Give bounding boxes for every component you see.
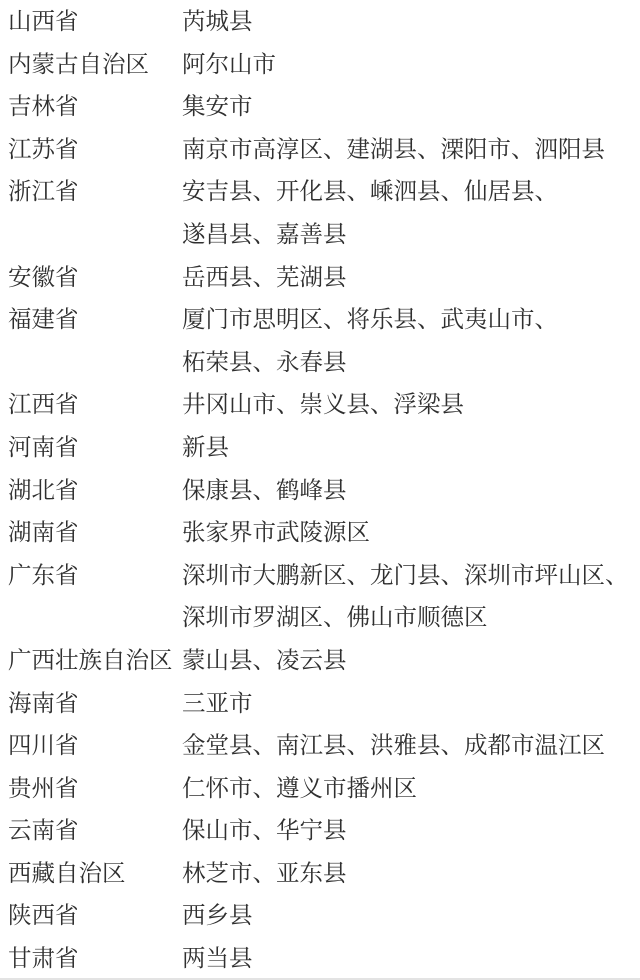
- province-cell: 河南省: [0, 426, 182, 469]
- table-row: 云南省 保山市、华宁县: [0, 809, 640, 852]
- table-row: 安徽省 岳西县、芜湖县: [0, 256, 640, 299]
- table-row: 江苏省 南京市高淳区、建湖县、溧阳市、泗阳县: [0, 128, 640, 171]
- regions-cell: 金堂县、南江县、洪雅县、成都市温江区: [182, 724, 640, 767]
- table-row: 福建省 厦门市思明区、将乐县、武夷山市、 柘荣县、永春县: [0, 298, 640, 383]
- table-row: 甘肃省 两当县: [0, 937, 640, 980]
- regions-cell: 井冈山市、崇义县、浮梁县: [182, 383, 640, 426]
- regions-cell: 新县: [182, 426, 640, 469]
- table-row: 山西省 芮城县: [0, 0, 640, 43]
- table-row: 湖北省 保康县、鹤峰县: [0, 469, 640, 512]
- regions-cell: 仁怀市、遵义市播州区: [182, 767, 640, 810]
- regions-cell: 南京市高淳区、建湖县、溧阳市、泗阳县: [182, 128, 640, 171]
- regions-cell: 保康县、鹤峰县: [182, 469, 640, 512]
- table-row: 西藏自治区 林芝市、亚东县: [0, 852, 640, 895]
- table-row: 广西壮族自治区 蒙山县、凌云县: [0, 639, 640, 682]
- province-cell: 海南省: [0, 682, 182, 725]
- province-cell: 甘肃省: [0, 937, 182, 980]
- province-cell: 福建省: [0, 298, 182, 341]
- province-cell: 贵州省: [0, 767, 182, 810]
- table-row: 内蒙古自治区 阿尔山市: [0, 43, 640, 86]
- regions-cell: 保山市、华宁县: [182, 809, 640, 852]
- table-row: 吉林省 集安市: [0, 85, 640, 128]
- province-cell: 江苏省: [0, 128, 182, 171]
- province-cell: 内蒙古自治区: [0, 43, 182, 86]
- province-cell: 云南省: [0, 809, 182, 852]
- table-row: 浙江省 安吉县、开化县、嵊泗县、仙居县、 遂昌县、嘉善县: [0, 170, 640, 255]
- table-row: 河南省 新县: [0, 426, 640, 469]
- province-cell: 广西壮族自治区: [0, 639, 182, 682]
- province-cell: 湖北省: [0, 469, 182, 512]
- province-cell: 江西省: [0, 383, 182, 426]
- regions-cell: 厦门市思明区、将乐县、武夷山市、 柘荣县、永春县: [182, 298, 640, 383]
- table-row: 海南省 三亚市: [0, 682, 640, 725]
- table-row: 四川省 金堂县、南江县、洪雅县、成都市温江区: [0, 724, 640, 767]
- province-cell: 湖南省: [0, 511, 182, 554]
- regions-cell: 阿尔山市: [182, 43, 640, 86]
- table-row: 贵州省 仁怀市、遵义市播州区: [0, 767, 640, 810]
- regions-cell: 林芝市、亚东县: [182, 852, 640, 895]
- table-row: 江西省 井冈山市、崇义县、浮梁县: [0, 383, 640, 426]
- table-row: 湖南省 张家界市武陵源区: [0, 511, 640, 554]
- regions-cell: 张家界市武陵源区: [182, 511, 640, 554]
- province-cell: 西藏自治区: [0, 852, 182, 895]
- province-cell: 安徽省: [0, 256, 182, 299]
- regions-cell: 集安市: [182, 85, 640, 128]
- province-cell: 陕西省: [0, 894, 182, 937]
- regions-cell: 安吉县、开化县、嵊泗县、仙居县、 遂昌县、嘉善县: [182, 170, 640, 255]
- regions-cell: 两当县: [182, 937, 640, 980]
- table-row: 陕西省 西乡县: [0, 894, 640, 937]
- province-cell: 四川省: [0, 724, 182, 767]
- province-regions-table: 山西省 芮城县 内蒙古自治区 阿尔山市 吉林省 集安市 江苏省 南京市高淳区、建…: [0, 0, 640, 980]
- regions-cell: 蒙山县、凌云县: [182, 639, 640, 682]
- province-cell: 山西省: [0, 0, 182, 43]
- regions-cell: 深圳市大鹏新区、龙门县、深圳市坪山区、 深圳市罗湖区、佛山市顺德区: [182, 554, 640, 639]
- regions-cell: 三亚市: [182, 682, 640, 725]
- regions-cell: 芮城县: [182, 0, 640, 43]
- regions-cell: 西乡县: [182, 894, 640, 937]
- table-row: 广东省 深圳市大鹏新区、龙门县、深圳市坪山区、 深圳市罗湖区、佛山市顺德区: [0, 554, 640, 639]
- province-cell: 吉林省: [0, 85, 182, 128]
- regions-cell: 岳西县、芜湖县: [182, 256, 640, 299]
- province-cell: 浙江省: [0, 170, 182, 213]
- province-cell: 广东省: [0, 554, 182, 597]
